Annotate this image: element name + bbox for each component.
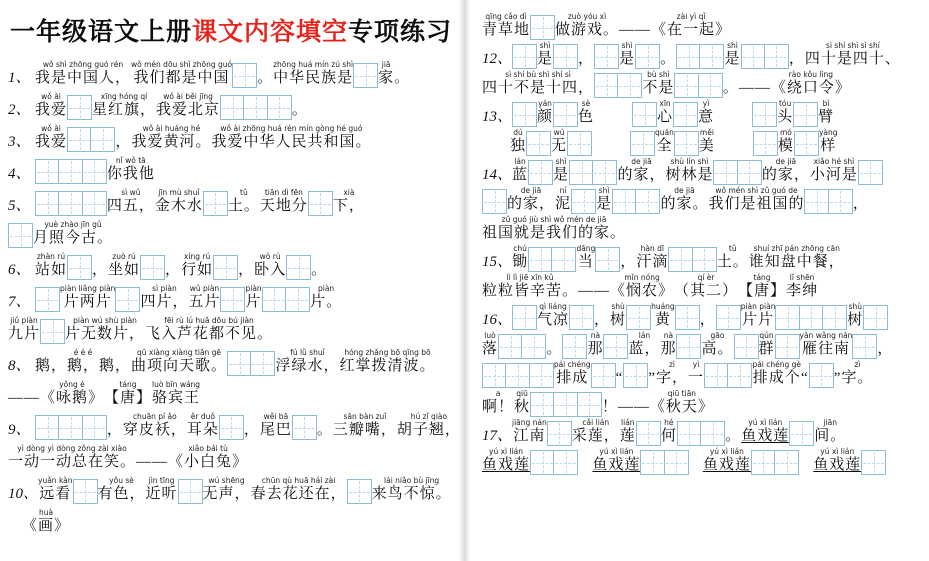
- text-segment: ”: [834, 369, 842, 388]
- text-segment: hé何: [661, 418, 677, 446]
- pinyin-label: táng: [754, 273, 771, 282]
- hanzi-text: 做游戏。: [555, 21, 619, 40]
- hanzi-text: 尾巴: [260, 421, 292, 440]
- writing-box-group: [716, 305, 741, 330]
- writing-box: [828, 189, 853, 214]
- text-segment: ，: [789, 50, 805, 69]
- text-segment: luò落: [482, 331, 498, 359]
- text-segment: xīng hóng qí星红旗，: [92, 92, 156, 120]
- writing-box: [308, 191, 333, 216]
- writing-box-group: [594, 44, 619, 69]
- writing-box-group: [35, 415, 107, 440]
- writing-box-group: [612, 189, 660, 214]
- pinyin-label: de jiā: [776, 157, 797, 166]
- writing-box: [592, 160, 617, 185]
- writing-box-group: [623, 363, 648, 388]
- hanzi-text: 四五，: [107, 197, 155, 216]
- text-segment: ，: [578, 50, 594, 69]
- pinyin-label: shì: [727, 41, 738, 50]
- writing-box: [482, 189, 507, 214]
- text-segment: de jiā的家，: [507, 186, 555, 214]
- text-segment: tǔ土。: [228, 188, 260, 216]
- hanzi-text: 那: [660, 340, 676, 359]
- hanzi-text: 星红旗，: [92, 101, 156, 120]
- pinyin-label: wǒ ài huáng hé: [143, 124, 201, 133]
- pinyin-label: wú: [554, 128, 565, 137]
- hanzi-text: 。: [257, 69, 273, 88]
- hanzi-text: 《咏鹅》: [40, 389, 104, 408]
- pinyin-label: yú xì lián: [748, 418, 782, 427]
- hanzi-text: 意: [698, 108, 714, 127]
- hanzi-text: ，: [238, 261, 254, 280]
- text-segment: zuò yóu xì做游戏。: [555, 12, 619, 40]
- hanzi-text: 站如: [35, 261, 67, 280]
- text-segment: wěi bā尾巴: [260, 412, 292, 440]
- writing-box-group: [227, 351, 275, 376]
- hanzi-text: 是: [724, 50, 740, 69]
- pinyin-label: yì dòng yì dòng zǒng zài xiào: [17, 444, 126, 453]
- text-segment: yì dòng yì dòng zǒng zài xiào一动一动总在笑。: [8, 444, 136, 472]
- writing-box-group: [530, 15, 555, 40]
- pinyin-label: qì liáng: [539, 302, 567, 311]
- text-segment: zì字，: [656, 360, 688, 388]
- text-segment: huáng黄: [651, 302, 675, 330]
- hanzi-text: 中华民族是: [273, 69, 353, 88]
- text-segment: ěr duǒ耳朵: [187, 412, 219, 440]
- text-segment: yì一: [688, 360, 704, 388]
- text-segment: ——: [618, 398, 650, 417]
- pinyin-label: tiān dì fēn: [265, 188, 303, 197]
- item-number: 14、: [482, 165, 512, 185]
- pinyin-label: wǒ ài běi jīng: [163, 92, 213, 101]
- hanzi-text: ——: [136, 453, 168, 472]
- text-segment: é é é鹅，鹅，鹅，: [35, 348, 131, 376]
- hanzi-text: 穿皮袄，: [123, 421, 187, 440]
- hanzi-text: 汗滴: [636, 253, 668, 272]
- pinyin-label: qū xiàng xiàng tiān gē: [137, 348, 221, 357]
- hanzi-text: 是: [553, 166, 569, 185]
- writing-box: [243, 95, 268, 120]
- text-segment: shuí zhī pán zhōng cān谁知盘中餐，: [749, 244, 845, 272]
- writing-box: [635, 44, 660, 69]
- hanzi-text: ”: [648, 369, 656, 388]
- text-segment: lán蓝，: [628, 331, 660, 359]
- item-number: 17、: [482, 426, 512, 446]
- hanzi-text: 耳朵: [187, 421, 219, 440]
- writing-box: [617, 73, 642, 98]
- writing-box: [219, 415, 244, 440]
- hanzi-text: 。: [546, 340, 562, 359]
- writing-box-group: [858, 160, 883, 185]
- writing-box: [591, 363, 616, 388]
- pinyin-label: wǒ mén shì zǔ guó de: [715, 186, 797, 195]
- hanzi-text: 月照今古。: [33, 229, 113, 248]
- worksheet-row: de jiā的家，ní泥shì是de jiā的家。wǒ mén shì zǔ g…: [482, 186, 925, 214]
- writing-box-group: [751, 450, 799, 475]
- pinyin-label: lán: [514, 157, 525, 166]
- hanzi-text: 片: [246, 293, 262, 312]
- text-segment: wǒ ài běi jīng我爱北京: [156, 92, 220, 120]
- pinyin-label: shù: [611, 302, 624, 311]
- hanzi-text: 片两片: [64, 293, 112, 312]
- hanzi-text: ，: [578, 50, 594, 69]
- text-segment: shì是: [537, 41, 553, 69]
- pinyin-label: sān bàn zuǐ: [343, 412, 386, 421]
- hanzi-text: ，: [92, 261, 108, 280]
- pinyin-label: hóng zhǎng bō qīng bō: [344, 348, 430, 357]
- writing-box: [727, 363, 752, 388]
- hanzi-text: 无: [551, 137, 567, 156]
- hanzi-text: 落: [482, 340, 498, 359]
- pinyin-label: xīng hóng qí: [101, 92, 148, 101]
- hanzi-text: 当: [578, 253, 594, 272]
- writing-box: [595, 247, 620, 272]
- hanzi-text: 。: [660, 50, 676, 69]
- item-number: 9、: [8, 420, 35, 440]
- writing-box-group: [562, 334, 587, 359]
- hanzi-text: ——: [8, 389, 40, 408]
- writing-box-group: [553, 44, 578, 69]
- hanzi-text: 我们是祖国的: [708, 195, 804, 214]
- pinyin-label: bù shì: [647, 70, 670, 79]
- writing-box-group: [863, 305, 888, 330]
- pinyin-label: wǒ ài: [41, 92, 61, 101]
- text-segment: shì是: [596, 186, 612, 214]
- text-segment: xiǎo bái tù《小白兔》: [168, 444, 248, 472]
- text-segment: ，: [700, 311, 716, 330]
- text-segment: xià下，: [333, 188, 365, 216]
- worksheet-row: 8、é é é鹅，鹅，鹅，qū xiàng xiàng tiān gē曲项向天歌…: [8, 348, 455, 376]
- text-segment: 。: [660, 50, 676, 69]
- text-segment: qí èr（其二）: [674, 273, 738, 301]
- text-segment: gāo高。: [701, 331, 733, 359]
- text-segment: hàn dī汗滴: [636, 244, 668, 272]
- pinyin-label: yú xì lián: [710, 447, 744, 456]
- worksheet-row: 3、wǒ ài我爱，wǒ ài huáng hé我爱黄河。wǒ ài zhōng…: [8, 124, 455, 152]
- pinyin-label: jīn mù shuǐ: [158, 188, 199, 197]
- writing-box: [713, 160, 738, 185]
- hanzi-text: 有色，: [98, 485, 146, 504]
- text-segment: sè色: [578, 99, 594, 127]
- hanzi-text: （其二）: [674, 282, 738, 301]
- text-segment: lán蓝: [512, 157, 528, 185]
- writing-box: [286, 255, 311, 280]
- text-segment: piàn片: [245, 284, 261, 312]
- hanzi-text: 蓝: [512, 166, 528, 185]
- hanzi-text: 我爱黄河。: [131, 133, 211, 152]
- writing-box-group: [635, 44, 660, 69]
- writing-box-group: [626, 305, 651, 330]
- hanzi-text: 曲项向天歌。: [131, 357, 227, 376]
- pinyin-label: piàn: [318, 284, 334, 293]
- text-segment: qiū tiān《秋天》: [650, 389, 714, 417]
- text-segment: ——: [8, 389, 40, 408]
- hanzi-text: 远看: [39, 485, 71, 504]
- text-segment: dāng当: [576, 244, 595, 272]
- item-number: 12、: [482, 49, 512, 69]
- pinyin-label: sì piàn: [152, 284, 177, 293]
- hanzi-text: 九片: [8, 325, 40, 344]
- hanzi-text: 四十不是十四，: [482, 79, 594, 98]
- pinyin-label: chuān pí ǎo: [133, 412, 177, 421]
- text-segment: 。: [725, 427, 741, 446]
- text-segment: mó模: [778, 128, 794, 156]
- hanzi-text: 独: [510, 137, 526, 156]
- hanzi-text: 排成: [556, 369, 588, 388]
- writing-box: [58, 191, 83, 216]
- hanzi-text: 鱼戏莲: [703, 456, 751, 475]
- pinyin-label: yuǎn kàn: [38, 476, 73, 485]
- writing-box: [227, 351, 252, 376]
- pinyin-label: chūn qù huā hái zài: [262, 476, 336, 485]
- text-segment: chūn qù huā hái zài春去花还在，: [251, 476, 347, 504]
- text-segment: ，: [92, 261, 108, 280]
- text-segment: sì wǔ四五，: [107, 188, 155, 216]
- pinyin-label: zì: [854, 360, 860, 369]
- hanzi-text: 是: [596, 195, 612, 214]
- pinyin-label: piàn piàn: [741, 302, 776, 311]
- title-suffix: 专项练习: [348, 18, 452, 46]
- writing-box-group: [347, 479, 372, 504]
- hanzi-text: 气凉: [537, 311, 569, 330]
- pinyin-label: shù: [849, 302, 862, 311]
- hanzi-text: 色: [578, 108, 594, 127]
- hanzi-text: 。: [394, 69, 410, 88]
- writing-box: [232, 63, 257, 88]
- hanzi-text: ，: [853, 195, 869, 214]
- writing-box: [562, 334, 587, 359]
- writing-box-group: [220, 95, 292, 120]
- hanzi-text: 树: [610, 311, 626, 330]
- hanzi-text: ，: [115, 133, 131, 152]
- hanzi-text: ——: [578, 282, 610, 301]
- text-segment: yǒu sè有色，: [98, 476, 146, 504]
- hanzi-text: 鹅，鹅，鹅，: [35, 357, 131, 376]
- text-segment: xīn心: [657, 99, 673, 127]
- hanzi-text: 小河是: [810, 166, 858, 185]
- hanzi-text: 粒粒皆辛苦。: [482, 282, 578, 301]
- writing-box: [203, 191, 228, 216]
- text-segment: 。: [257, 69, 273, 88]
- hanzi-text: 土。: [717, 253, 749, 272]
- writing-box: [577, 392, 602, 417]
- writing-box: [512, 44, 537, 69]
- writing-box: [35, 415, 60, 440]
- writing-box-group: [8, 223, 33, 248]
- pinyin-label: qīng cǎo dì: [485, 12, 526, 21]
- writing-box: [858, 160, 883, 185]
- writing-box-group: [789, 421, 814, 446]
- hanzi-text: 《小白兔》: [168, 453, 248, 472]
- writing-box: [822, 305, 847, 330]
- worksheet-row: zǔ guó jiù shì wǒ mén de jiā祖国就是我们的家。: [482, 215, 925, 243]
- text-segment: yǒng é《咏鹅》: [40, 380, 104, 408]
- pinyin-label: a: [496, 389, 501, 398]
- writing-box: [58, 415, 83, 440]
- text-segment: sì shí bù shì shí sì四十不是十四，: [482, 70, 594, 98]
- item-number: 3、: [8, 132, 35, 152]
- text-segment: 。: [317, 421, 333, 440]
- hanzi-text: ”: [834, 369, 842, 388]
- hanzi-text: 一动一动总在笑。: [8, 453, 136, 472]
- text-segment: wǔ piàn五片: [188, 284, 220, 312]
- worksheet-row: 10、yuǎn kàn远看yǒu sè有色，jìn tīng近听wú shēng…: [8, 476, 455, 504]
- writing-box: [630, 131, 655, 156]
- text-segment: ，: [877, 340, 893, 359]
- writing-box-group: [482, 363, 554, 388]
- writing-box-group: [713, 160, 761, 185]
- pinyin-label: wǒ shì zhōng guó rén: [43, 60, 123, 69]
- writing-box: [571, 189, 596, 214]
- hanzi-text: 。: [725, 427, 741, 446]
- pinyin-label: jiān: [824, 418, 838, 427]
- writing-box: [852, 334, 877, 359]
- text-segment: dú独: [510, 128, 526, 156]
- text-segment: luò bīn wáng骆宾王: [152, 380, 200, 408]
- pinyin-label: hú zǐ qiào: [411, 412, 447, 421]
- writing-box-group: [632, 102, 657, 127]
- pinyin-label: zuò yóu xì: [568, 12, 606, 21]
- text-segment: rào kǒu lìng《绕口令》: [771, 70, 851, 98]
- text-segment: ní泥: [555, 186, 571, 214]
- text-segment: ——: [136, 453, 168, 472]
- hanzi-text: 树: [847, 311, 863, 330]
- text-segment: yuǎn kàn远看: [38, 476, 73, 504]
- hanzi-text: 三瓣嘴，: [333, 421, 397, 440]
- text-segment: ——: [619, 21, 651, 40]
- hanzi-text: 是: [619, 50, 635, 69]
- writing-box: [692, 247, 717, 272]
- worksheet-row: a啊！qiū秋！——qiū tiān《秋天》: [482, 389, 925, 417]
- writing-box: [635, 189, 660, 214]
- writing-box-group: [668, 247, 716, 272]
- writing-box-group: [569, 305, 594, 330]
- text-segment: yú xì lián鱼戏莲: [482, 447, 530, 475]
- writing-box-group: [673, 102, 698, 127]
- writing-box: [567, 131, 592, 156]
- text-segment: ，: [165, 261, 181, 280]
- writing-box: [35, 159, 60, 184]
- pinyin-label: wú shēng: [209, 476, 245, 485]
- text-segment: ！: [602, 398, 618, 417]
- writing-box: [774, 450, 799, 475]
- writing-box: [863, 305, 888, 330]
- writing-box: [636, 421, 661, 446]
- writing-box: [553, 450, 578, 475]
- text-segment: ——: [578, 282, 610, 301]
- worksheet-row: 17、jiāng nán江南cǎi lián采莲，lián莲hé何。yú xì …: [482, 418, 925, 446]
- text-segment: tóu头: [777, 99, 793, 127]
- text-segment: ，: [115, 133, 131, 152]
- writing-box: [677, 421, 702, 446]
- writing-box-group: [674, 73, 722, 98]
- text-segment: jiā家: [378, 60, 394, 88]
- text-segment: sān bàn zuǐ三瓣嘴，: [333, 412, 397, 440]
- worksheet-row: 16、qì liáng气凉，shù树huáng黄，piàn piàn片片shù树: [482, 302, 925, 330]
- writing-box: [764, 44, 789, 69]
- text-segment: nǐ wǒ tā你我他: [107, 156, 155, 184]
- writing-box-group: [140, 255, 165, 280]
- hanzi-text: ，: [165, 261, 181, 280]
- worksheet-row: qīng cǎo dì青草地zuò yóu xì做游戏。——zài yì qǐ《…: [482, 12, 925, 40]
- writing-box: [35, 287, 60, 312]
- hanzi-text: 树林是: [665, 166, 713, 185]
- pinyin-label: yán: [538, 99, 552, 108]
- writing-box: [528, 247, 553, 272]
- worksheet-row: 15、chú锄dāng当，hàn dī汗滴tǔ土。shuí zhī pán zh…: [482, 244, 925, 272]
- hanzi-text: ——: [739, 79, 771, 98]
- writing-box: [498, 334, 523, 359]
- writing-box: [640, 450, 665, 475]
- worksheet-row: 2、wǒ ài我爱xīng hóng qí星红旗，wǒ ài běi jīng我…: [8, 92, 455, 120]
- text-segment: qiū秋: [514, 389, 530, 417]
- text-segment: pái chéng排成: [554, 360, 591, 388]
- pinyin-label: yì: [693, 360, 700, 369]
- writing-box: [292, 415, 317, 440]
- pinyin-label: xiǎo bái tù: [188, 444, 228, 453]
- text-segment: quán全: [655, 128, 674, 156]
- writing-box: [82, 415, 107, 440]
- worksheet-row: huà《画》: [8, 508, 455, 536]
- writing-box: [267, 95, 292, 120]
- pinyin-label: sì shí shì sì shí: [826, 41, 880, 50]
- writing-box: [530, 15, 555, 40]
- title-prefix: 一年级语文上册: [10, 18, 192, 46]
- hanzi-text: 泥: [555, 195, 571, 214]
- writing-box-group: [793, 102, 818, 127]
- pinyin-label: xíng rú: [184, 252, 210, 261]
- worksheet-row: 9、，chuān pí ǎo穿皮袄，ěr duǒ耳朵，wěi bā尾巴。sān …: [8, 412, 455, 440]
- hanzi-text: 我是中国人，: [35, 69, 131, 88]
- hanzi-text: 雁往南: [802, 340, 850, 359]
- right-page-lines: qīng cǎo dì青草地zuò yóu xì做游戏。——zài yì qǐ《…: [482, 12, 925, 475]
- writing-box-group: [630, 131, 655, 156]
- worksheet-row: 4、nǐ wǒ tā你我他: [8, 156, 455, 184]
- writing-box-group: [203, 191, 228, 216]
- writing-box: [67, 255, 92, 280]
- text-segment: jiāng nán江南: [512, 418, 547, 446]
- pinyin-label: rào kǒu lìng: [789, 70, 833, 79]
- text-segment: sì piàn四片，: [140, 284, 188, 312]
- hanzi-text: 四片，: [140, 293, 188, 312]
- writing-box-group: [40, 319, 65, 344]
- writing-box: [861, 450, 886, 475]
- pinyin-label: huà: [39, 508, 53, 517]
- pinyin-label: mó: [780, 128, 792, 137]
- pinyin-label: piàn wú shù piàn: [73, 316, 137, 325]
- writing-box: [58, 159, 83, 184]
- worksheet-row: sì shí bù shì shí sì四十不是十四，bù shì不是。——rà…: [482, 70, 925, 98]
- item-number: 15、: [482, 252, 512, 272]
- writing-box: [594, 73, 619, 98]
- hanzi-text: 下，: [333, 197, 365, 216]
- hanzi-text: ，: [594, 311, 610, 330]
- pinyin-label: piàn liǎng piàn: [60, 284, 115, 293]
- item-number: 2、: [8, 100, 35, 120]
- pinyin-label: shù lín shì: [671, 157, 709, 166]
- hanzi-text: 心: [657, 108, 673, 127]
- hanzi-text: 臂: [818, 108, 834, 127]
- text-segment: zài yì qǐ《在一起》: [651, 12, 731, 40]
- hanzi-text: 片无数片，: [65, 325, 145, 344]
- writing-box-group: [547, 421, 572, 446]
- writing-box-group: [512, 102, 537, 127]
- text-segment: lì lì jiē xīn kǔ粒粒皆辛苦。: [482, 273, 578, 301]
- pinyin-label: chú: [513, 244, 527, 253]
- hanzi-text: 骆宾王: [152, 389, 200, 408]
- pinyin-label: luò bīn wáng: [152, 380, 200, 389]
- hanzi-text: 蓝，: [628, 340, 660, 359]
